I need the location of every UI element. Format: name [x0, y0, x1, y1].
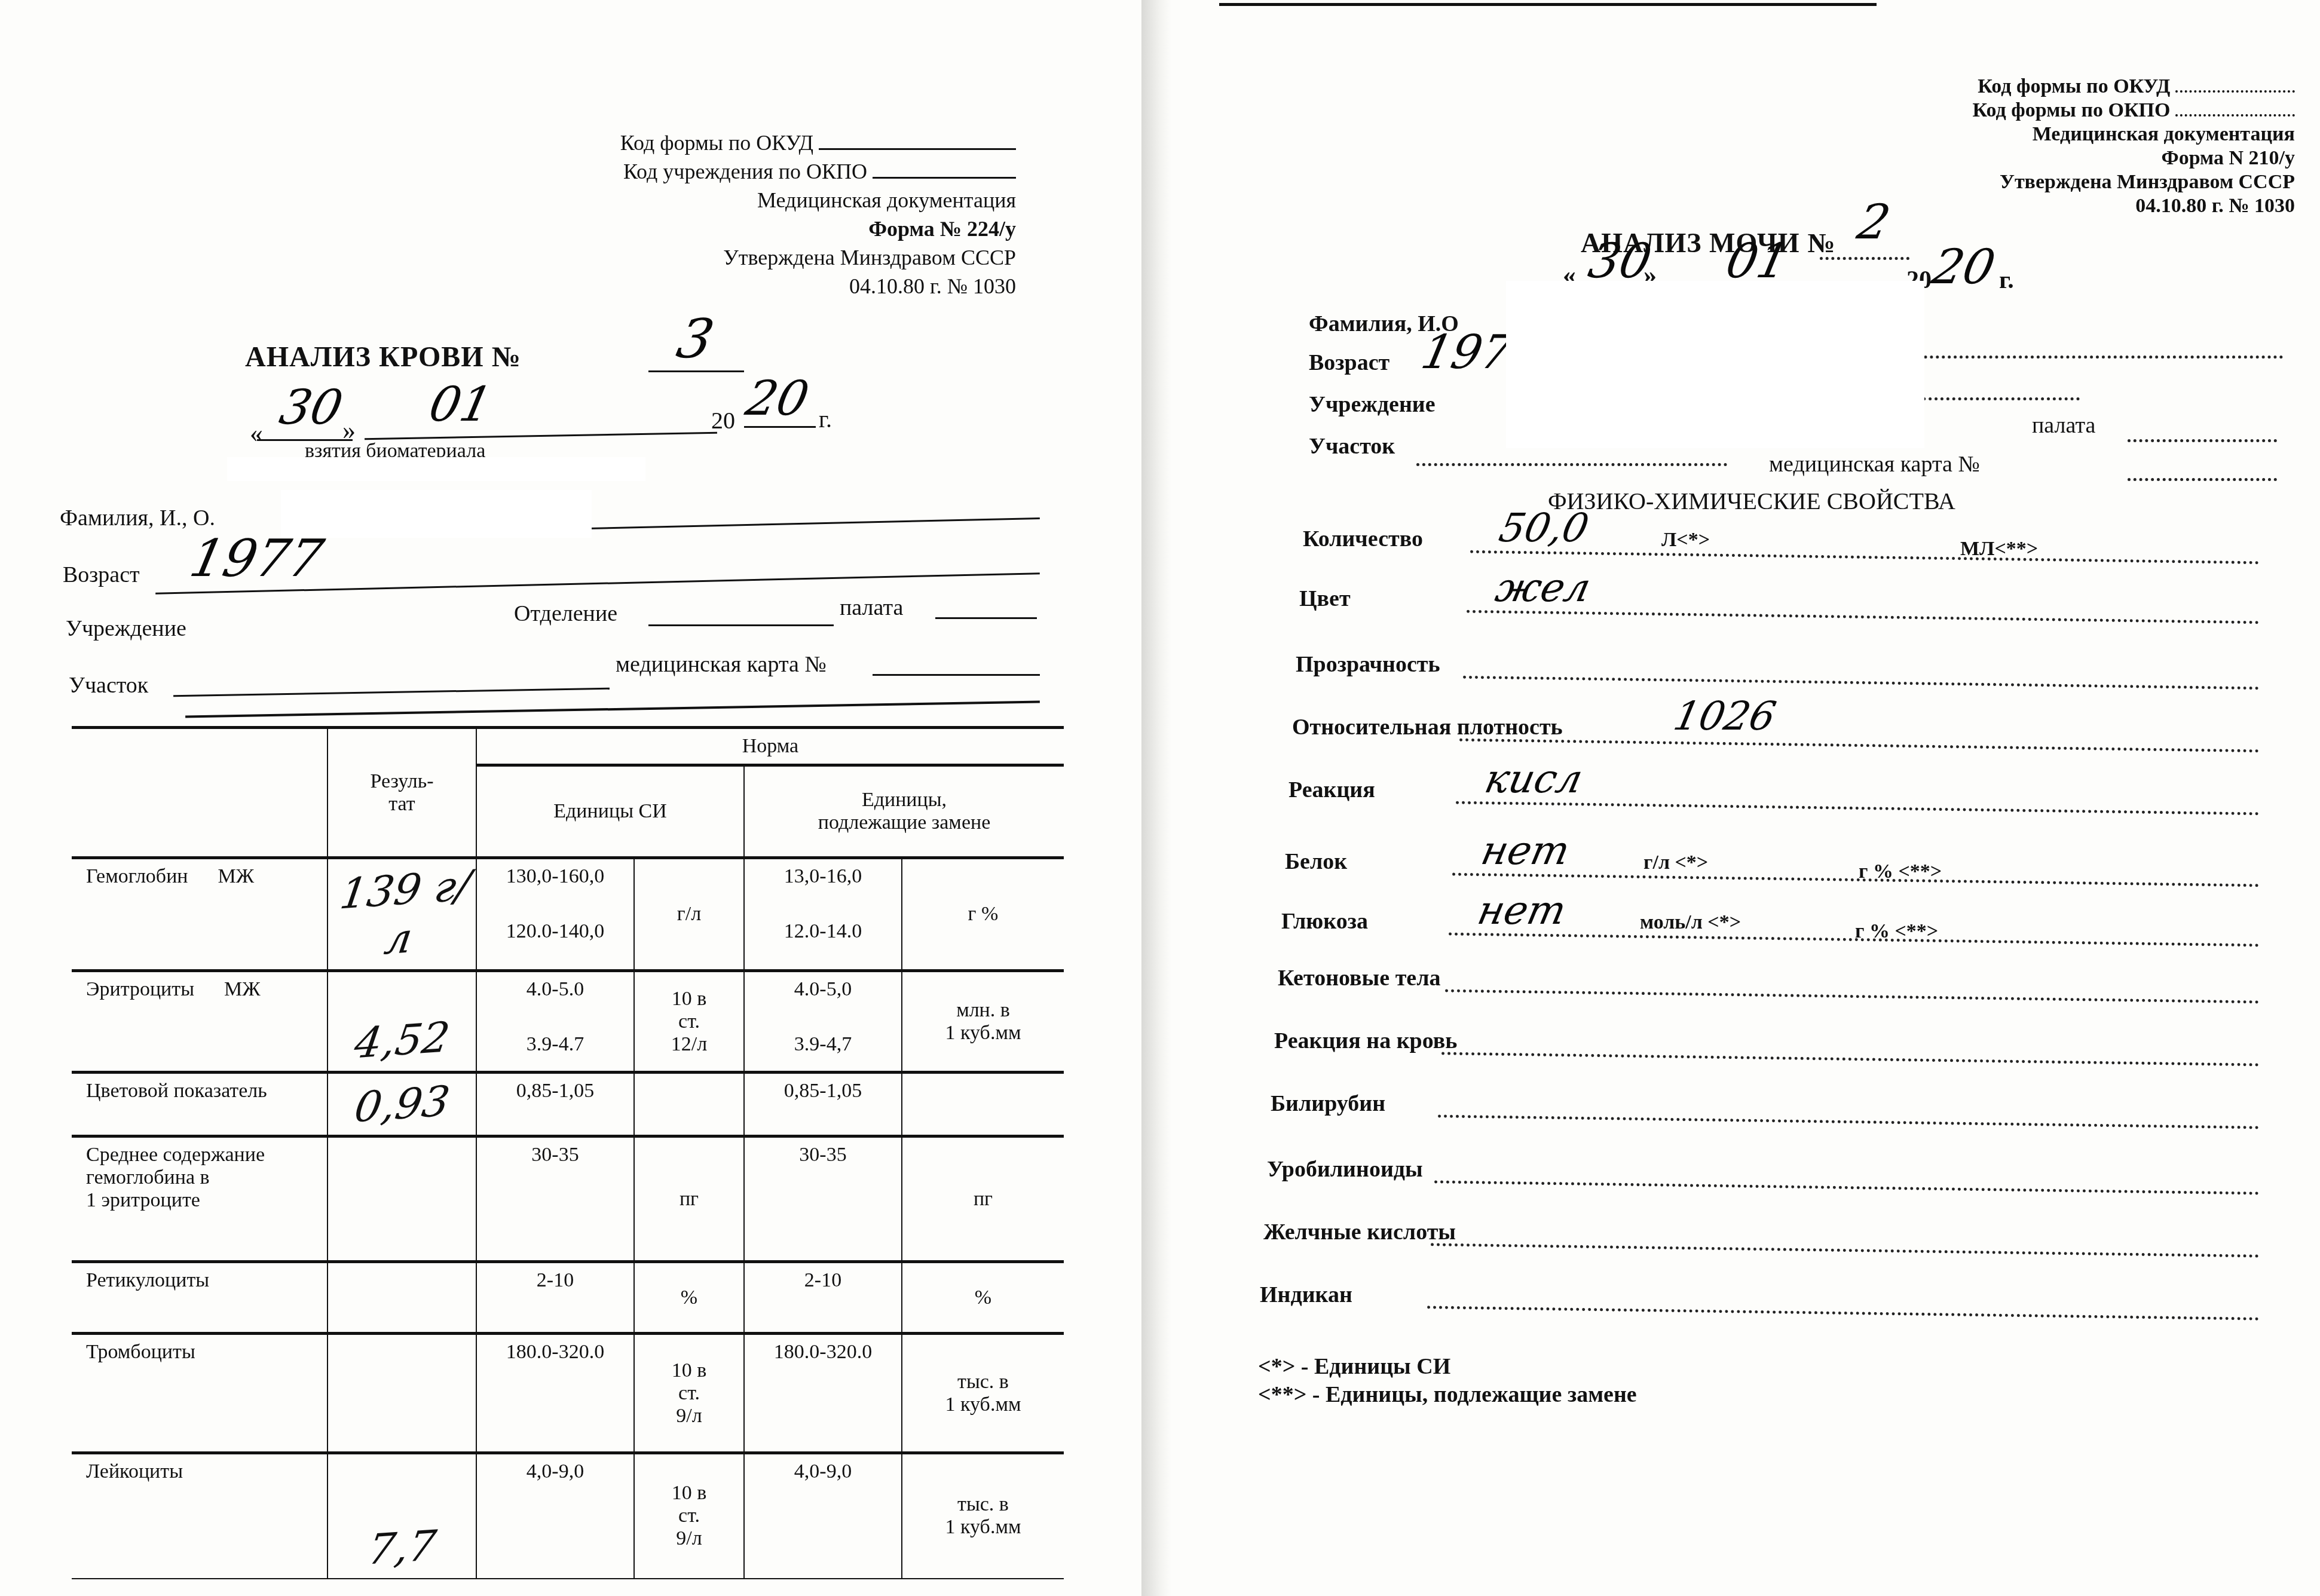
- form-header: Код формы по ОКУД Код формы по ОКПО Меди…: [1769, 75, 2295, 218]
- property-field[interactable]: [1438, 1114, 2259, 1129]
- table-row: Лейкоциты7,74,0-9,010 в ст. 9/л4,0-9,0ты…: [72, 1453, 1064, 1579]
- analyte-label: Гемоглобин: [86, 865, 188, 943]
- result-value: 139 г/л: [324, 860, 480, 968]
- analyte-name: ЭритроцитыМЖ: [72, 971, 328, 1073]
- range-value: 120.0-140,0: [480, 920, 630, 943]
- unit-si: г/л <*>: [1643, 851, 1708, 874]
- range-value: 12.0-14.0: [748, 920, 898, 943]
- si-unit: пг: [634, 1137, 744, 1262]
- old-range: 30-35: [744, 1137, 902, 1262]
- old-range: 0,85-1,05: [744, 1073, 902, 1137]
- personal-data-redaction: [1506, 281, 1924, 448]
- page-fold: [1141, 0, 1171, 1596]
- property-label: Билирубин: [1271, 1090, 1385, 1117]
- property-label: Кетоновые тела: [1278, 965, 1441, 991]
- property-field[interactable]: [1470, 550, 2259, 564]
- okud-label: Код формы по ОКУД: [620, 131, 813, 155]
- analyte-name: Цветовой показатель: [72, 1073, 328, 1137]
- old-range: 4,0-9,0: [744, 1453, 902, 1579]
- name-field[interactable]: [1889, 356, 2283, 359]
- blood-results-table: Резуль- тат Норма Единицы СИ Единицы, по…: [72, 726, 1064, 1579]
- si-range: 130,0-160,0120.0-140,0: [476, 858, 634, 971]
- footnote-si: <*> - Единицы СИ: [1258, 1353, 1450, 1380]
- property-label: Относительная плотность: [1292, 714, 1563, 740]
- empty-header: [72, 728, 328, 858]
- analyte-name: Ретикулоциты: [72, 1262, 328, 1334]
- result-value: 0,93: [351, 1077, 452, 1132]
- property-value[interactable]: нет: [1474, 887, 1570, 933]
- table-row: ЭритроцитыМЖ4,524.0-5.03.9-4.710 в ст. 1…: [72, 971, 1064, 1073]
- property-field[interactable]: [1467, 610, 2259, 624]
- result-cell[interactable]: [328, 1137, 476, 1262]
- result-value: 4,52: [351, 1013, 452, 1068]
- unit-old: МЛ<**>: [1960, 538, 2038, 560]
- okud-field[interactable]: [819, 148, 1016, 150]
- si-unit: 10 в ст. 9/л: [634, 1334, 744, 1453]
- property-value[interactable]: нет: [1477, 828, 1574, 874]
- old-unit: пг: [902, 1137, 1064, 1262]
- department-field[interactable]: [648, 624, 834, 626]
- district-field[interactable]: [1416, 463, 1727, 466]
- range-value: 4,0-9,0: [480, 1460, 630, 1483]
- range-value: 4.0-5,0: [748, 978, 898, 1001]
- si-unit: 10 в ст. 9/л: [634, 1453, 744, 1579]
- property-field[interactable]: [1456, 801, 2259, 816]
- blood-analysis-form: Код формы по ОКУД Код учреждения по ОКПО…: [0, 0, 1143, 1596]
- si-range: 0,85-1,05: [476, 1073, 634, 1137]
- property-label: Глюкоза: [1281, 908, 1368, 935]
- department-label: Отделение: [514, 601, 617, 627]
- number-underline: [1820, 257, 1909, 260]
- age-label: Возраст: [1309, 350, 1389, 376]
- name-label: Фамилия, И., О.: [60, 505, 215, 531]
- property-field[interactable]: [1427, 1306, 2259, 1320]
- approval-date: 04.10.80 г. № 1030: [538, 272, 1016, 301]
- ward-field[interactable]: [935, 617, 1037, 619]
- range-value: 2-10: [480, 1269, 630, 1292]
- result-cell[interactable]: 4,52: [328, 971, 476, 1073]
- si-unit: [634, 1073, 744, 1137]
- table-row: Ретикулоциты2-10%2-10%: [72, 1262, 1064, 1334]
- institution-label: Учреждение: [1309, 391, 1436, 418]
- range-value: 30-35: [748, 1144, 898, 1166]
- year-unit: г.: [1999, 266, 2014, 295]
- property-label: Индикан: [1260, 1282, 1352, 1308]
- property-field[interactable]: [1434, 1180, 2259, 1194]
- card-label: медицинская карта №: [1769, 451, 1980, 477]
- si-range: 4.0-5.03.9-4.7: [476, 971, 634, 1073]
- old-range: 13,0-16,012.0-14.0: [744, 858, 902, 971]
- year-unit: г.: [819, 405, 832, 433]
- old-unit: г %: [902, 858, 1064, 971]
- ward-field[interactable]: [2128, 439, 2277, 442]
- okpo-label: Код учреждения по ОКПО: [623, 160, 867, 183]
- approved-by: Утверждена Минздравом СССР: [1769, 170, 2295, 194]
- old-unit: %: [902, 1262, 1064, 1334]
- card-field[interactable]: [2128, 478, 2277, 481]
- range-value: 2-10: [748, 1269, 898, 1292]
- date-year[interactable]: 20: [741, 370, 814, 426]
- unit-old: г % <**>: [1859, 860, 1942, 883]
- section-title: ФИЗИКО-ХИМИЧЕСКИЕ СВОЙСТВА: [1548, 487, 1955, 515]
- okud-field[interactable]: [2175, 90, 2295, 93]
- property-value[interactable]: 1026: [1670, 693, 1780, 739]
- property-field[interactable]: [1431, 1243, 2259, 1257]
- range-value: 4.0-5.0: [480, 978, 630, 1001]
- analyte-label: Эритроциты: [86, 978, 194, 1056]
- doc-type: Медицинская документация: [538, 186, 1016, 215]
- number-underline: [648, 370, 744, 372]
- result-cell[interactable]: [328, 1262, 476, 1334]
- okpo-label: Код формы по ОКПО: [1973, 99, 2171, 121]
- footnote-old: <**> - Единицы, подлежащие замене: [1258, 1381, 1637, 1408]
- range-value: 180.0-320.0: [480, 1341, 630, 1364]
- range-value: 0,85-1,05: [480, 1080, 630, 1102]
- analyte-name: Тромбоциты: [72, 1334, 328, 1453]
- card-label: медицинская карта №: [616, 651, 827, 678]
- sex-label: Ж: [236, 865, 254, 887]
- sex-label: Ж: [242, 978, 260, 1000]
- institution-label: Учреждение: [66, 615, 186, 642]
- old-unit: тыс. в 1 куб.мм: [902, 1453, 1064, 1579]
- range-value: 30-35: [480, 1144, 630, 1166]
- result-cell[interactable]: 139 г/л: [328, 858, 476, 971]
- old-unit: тыс. в 1 куб.мм: [902, 1334, 1064, 1453]
- property-field[interactable]: [1463, 676, 2259, 690]
- norm-header: Норма: [476, 728, 1064, 765]
- range-value: 13,0-16,0: [748, 865, 898, 888]
- approved-by: Утверждена Минздравом СССР: [538, 243, 1016, 272]
- property-field[interactable]: [1459, 739, 2259, 753]
- range-value: 3.9-4,7: [748, 1033, 898, 1056]
- range-value: 4,0-9,0: [748, 1460, 898, 1483]
- range-value: 180.0-320.0: [748, 1341, 898, 1364]
- unit-si: Л<*>: [1661, 529, 1710, 552]
- okud-label: Код формы по ОКУД: [1978, 75, 2170, 97]
- approval-date: 04.10.80 г. № 1030: [1769, 194, 2295, 218]
- ward-label: палата: [840, 595, 903, 621]
- date-month[interactable]: 01: [424, 376, 497, 432]
- analyte-label: Среднее содержание гемоглобина в 1 эритр…: [86, 1144, 265, 1212]
- blood-number-value[interactable]: 3: [672, 308, 720, 370]
- doc-type: Медицинская документация: [1769, 122, 2295, 146]
- district-label: Участок: [1309, 433, 1395, 459]
- divider: [185, 701, 1040, 718]
- old-range: 180.0-320.0: [744, 1334, 902, 1453]
- old-unit: млн. в 1 куб.мм: [902, 971, 1064, 1073]
- property-value[interactable]: кисл: [1481, 756, 1587, 802]
- si-unit: 10 в ст. 12/л: [634, 971, 744, 1073]
- analyte-label: Цветовой показатель: [86, 1080, 267, 1102]
- result-value: 7,7: [365, 1521, 439, 1574]
- range-value: 130,0-160,0: [480, 865, 630, 888]
- analyte-name: Лейкоциты: [72, 1453, 328, 1579]
- result-cell[interactable]: [328, 1334, 476, 1453]
- property-value[interactable]: 50,0: [1495, 505, 1593, 551]
- analyte-label: Тромбоциты: [86, 1341, 195, 1364]
- analyte-name: ГемоглобинМЖ: [72, 858, 328, 971]
- year-underline: [744, 426, 816, 428]
- property-field[interactable]: [1452, 873, 2259, 887]
- sex-label: М: [224, 978, 242, 1000]
- old-range: 2-10: [744, 1262, 902, 1334]
- analyte-label: Ретикулоциты: [86, 1269, 209, 1292]
- date-open-quote: «: [250, 418, 263, 449]
- si-range: 180.0-320.0: [476, 1334, 634, 1453]
- analyte-label: Лейкоциты: [86, 1460, 183, 1483]
- unit-old: г % <**>: [1855, 920, 1938, 943]
- unit-si: моль/л <*>: [1640, 911, 1741, 934]
- district-label: Участок: [69, 672, 148, 699]
- property-label: Реакция на кровь: [1274, 1028, 1457, 1054]
- age-label: Возраст: [63, 562, 140, 588]
- property-label: Количество: [1303, 526, 1423, 552]
- property-label: Белок: [1285, 848, 1347, 875]
- property-label: Цвет: [1299, 586, 1351, 612]
- property-label: Уробилиноиды: [1267, 1156, 1423, 1183]
- date-day[interactable]: 30: [275, 379, 348, 435]
- redaction: [227, 457, 645, 481]
- range-value: 3.9-4.7: [480, 1033, 630, 1056]
- form-number: Форма N 210/у: [1769, 146, 2295, 170]
- urine-analysis-form: Код формы по ОКУД Код формы по ОКПО Меди…: [1171, 0, 2320, 1596]
- property-label: Реакция: [1288, 777, 1375, 803]
- property-field[interactable]: [1445, 989, 2259, 1003]
- si-range: 4,0-9,0: [476, 1453, 634, 1579]
- year-prefix: 20: [711, 406, 735, 434]
- si-range: 30-35: [476, 1137, 634, 1262]
- si-range: 2-10: [476, 1262, 634, 1334]
- old-range: 4.0-5,03.9-4,7: [744, 971, 902, 1073]
- property-label: Прозрачность: [1296, 651, 1440, 678]
- age-value[interactable]: 1977: [185, 529, 328, 589]
- table-row: Цветовой показатель0,930,85-1,050,85-1,0…: [72, 1073, 1064, 1137]
- sex-label: М: [218, 865, 236, 887]
- blood-title: АНАЛИЗ КРОВИ №: [245, 341, 521, 373]
- old-unit: [902, 1073, 1064, 1137]
- okpo-field[interactable]: [873, 177, 1016, 179]
- si-unit: г/л: [634, 858, 744, 971]
- date-year[interactable]: 20: [1927, 239, 2000, 295]
- ward-label: палата: [2032, 412, 2095, 439]
- result-header: Резуль- тат: [328, 728, 476, 858]
- form-header: Код формы по ОКУД Код учреждения по ОКПО…: [538, 128, 1016, 301]
- district-field[interactable]: [173, 688, 610, 697]
- page-edge-line: [1219, 3, 1877, 6]
- card-field[interactable]: [873, 674, 1040, 676]
- month-underline: [365, 432, 717, 440]
- table-row: Тромбоциты180.0-320.010 в ст. 9/л180.0-3…: [72, 1334, 1064, 1453]
- form-number: Форма № 224/у: [538, 215, 1016, 243]
- property-field[interactable]: [1441, 1052, 2259, 1066]
- result-cell[interactable]: 7,7: [328, 1453, 476, 1579]
- old-units-header: Единицы, подлежащие замене: [744, 765, 1064, 858]
- result-cell[interactable]: 0,93: [328, 1073, 476, 1137]
- property-label: Желчные кислоты: [1263, 1219, 1456, 1245]
- table-row: Среднее содержание гемоглобина в 1 эритр…: [72, 1137, 1064, 1262]
- okpo-field[interactable]: [2175, 114, 2295, 117]
- si-units-header: Единицы СИ: [476, 765, 744, 858]
- range-value: 0,85-1,05: [748, 1080, 898, 1102]
- si-unit: %: [634, 1262, 744, 1334]
- property-value[interactable]: жел: [1492, 565, 1594, 611]
- table-row: ГемоглобинМЖ139 г/л130,0-160,0120.0-140,…: [72, 858, 1064, 971]
- property-field[interactable]: [1449, 933, 2259, 947]
- analyte-name: Среднее содержание гемоглобина в 1 эритр…: [72, 1137, 328, 1262]
